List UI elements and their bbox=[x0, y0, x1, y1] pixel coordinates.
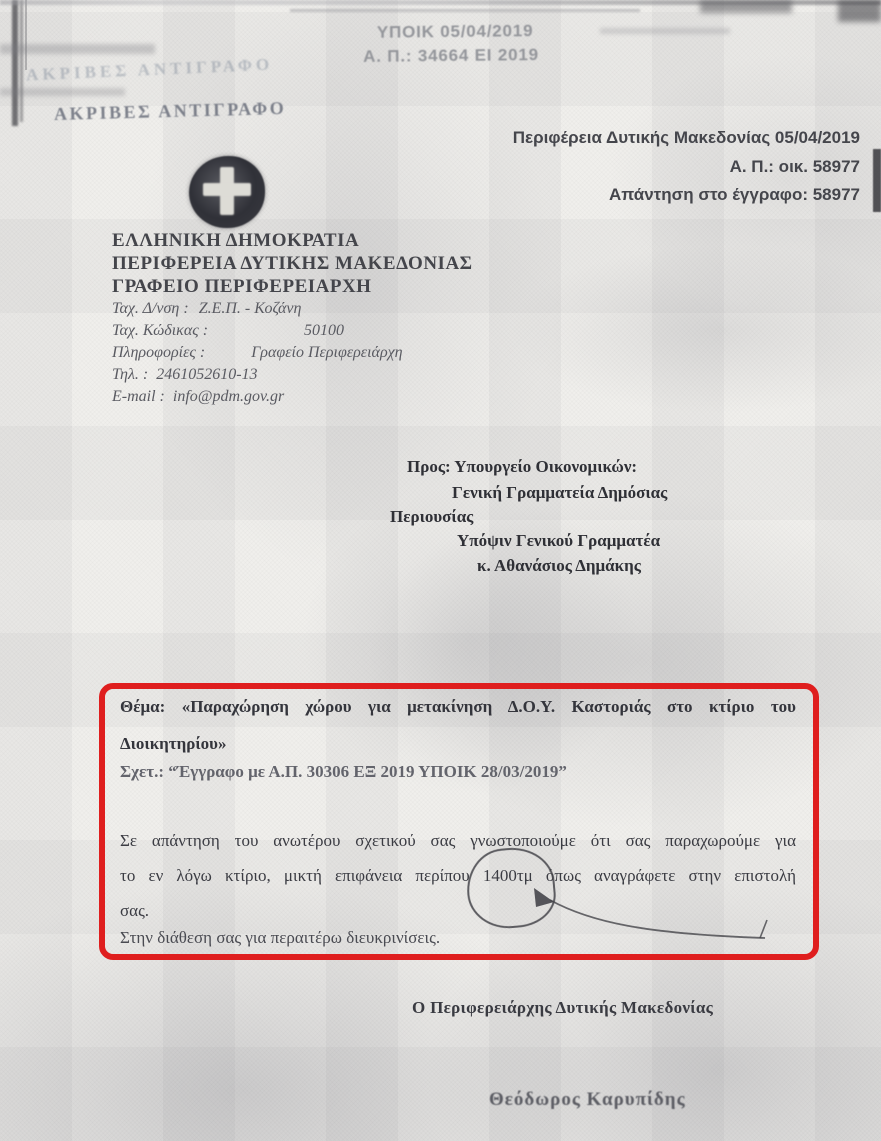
contact-row-email: E-mail :info@pdm.gov.gr bbox=[112, 386, 403, 408]
stamp-date-line: ΥΠΟΙΚ 05/04/2019 bbox=[377, 21, 539, 43]
scan-artifact-left-stripe bbox=[20, 0, 23, 122]
subject-line: Θέμα: «Παραχώρηση χώρου για μετακίνηση Δ… bbox=[120, 697, 796, 717]
scan-artifact-smear bbox=[0, 88, 125, 96]
recipient-line: Υπόψιν Γενικού Γραμματέα bbox=[457, 531, 660, 551]
scan-artifact-left-stripe bbox=[12, 0, 18, 126]
reference-line: Σχετ.: “Έγγραφο με Α.Π. 30306 ΕΞ 2019 ΥΠ… bbox=[120, 762, 796, 782]
recipient-line: κ. Αθανάσιος Δημάκης bbox=[477, 556, 641, 576]
body-line: Σε απάντηση του ανωτέρου σχετικού σας γν… bbox=[120, 831, 796, 851]
recipient-line: Γενική Γραμματεία Δημόσιας bbox=[452, 483, 667, 503]
body-text: το εν λόγω κτίριο, μικτή επιφάνεια περίπ… bbox=[120, 866, 483, 885]
protocol-line-region-date: Περιφέρεια Δυτικής Μακεδονίας 05/04/2019 bbox=[513, 124, 860, 153]
certified-copy-stamp-faint: ΑΚΡΙΒΕΣ ΑΝΤΙΓΡΑΦΟ bbox=[26, 55, 274, 86]
contact-value: info@pdm.gov.gr bbox=[173, 388, 284, 405]
contact-label: Ταχ. Κώδικας : bbox=[112, 320, 208, 342]
signature-title: Ο Περιφερειάρχης Δυτικής Μακεδονίας bbox=[412, 998, 713, 1018]
scan-artifact-line bbox=[290, 9, 640, 12]
protocol-header: Περιφέρεια Δυτικής Μακεδονίας 05/04/2019… bbox=[513, 124, 860, 210]
contact-label: Τηλ. : bbox=[112, 364, 148, 386]
protocol-line-number: Α. Π.: οικ. 58977 bbox=[513, 153, 860, 182]
ministry-received-stamp: ΥΠΟΙΚ 05/04/2019 Α. Π.: 34664 ΕΙ 2019 bbox=[363, 21, 539, 67]
pen-arrow-annotation bbox=[520, 880, 780, 950]
scanned-letter-page: ΥΠΟΙΚ 05/04/2019 Α. Π.: 34664 ΕΙ 2019 ΑΚ… bbox=[0, 0, 881, 1141]
contact-value: Γραφείο Περιφερειάρχη bbox=[251, 344, 402, 361]
contact-label: Πληροφορίες : bbox=[112, 342, 205, 364]
subject-line: Διοικητηρίου» bbox=[120, 734, 796, 754]
scan-artifact-blotch bbox=[838, 0, 881, 22]
recipient-line: Περιουσίας bbox=[390, 507, 473, 527]
contact-row-address: Ταχ. Δ/νση :Ζ.Ε.Π. - Κοζάνη bbox=[112, 298, 403, 320]
hellenic-republic-emblem-icon bbox=[189, 156, 265, 228]
contact-value: 50100 bbox=[304, 322, 344, 339]
contact-details: Ταχ. Δ/νση :Ζ.Ε.Π. - Κοζάνη Ταχ. Κώδικας… bbox=[112, 298, 403, 408]
scan-artifact-blotch bbox=[700, 0, 792, 13]
contact-row-phone: Τηλ. :2461052610-13 bbox=[112, 364, 403, 386]
office-name: ΓΡΑΦΕΙΟ ΠΕΡΙΦΕΡΕΙΑΡΧΗ bbox=[112, 276, 371, 298]
certified-copy-stamp: ΑΚΡΙΒΕΣ ΑΝΤΙΓΡΑΦΟ bbox=[54, 98, 287, 125]
contact-value: 2461052610-13 bbox=[156, 366, 257, 383]
authority-name: ΕΛΛΗΝΙΚΗ ΔΗΜΟΚΡΑΤΙΑ bbox=[112, 230, 359, 252]
region-name: ΠΕΡΙΦΕΡΕΙΑ ΔΥΤΙΚΗΣ ΜΑΚΕΔΟΝΙΑΣ bbox=[112, 253, 473, 275]
signatory-name: Θεόδωρος Καρυπίδης bbox=[489, 1089, 686, 1111]
scan-artifact-right-mark bbox=[873, 149, 881, 212]
scan-artifact-line bbox=[600, 28, 730, 34]
scan-artifact-smear bbox=[0, 44, 155, 54]
stamp-protocol-line: Α. Π.: 34664 ΕΙ 2019 bbox=[363, 45, 539, 67]
scan-artifact-left-stripe bbox=[25, 0, 27, 70]
contact-label: E-mail : bbox=[112, 386, 165, 408]
protocol-line-reply-ref: Απάντηση στο έγγραφο: 58977 bbox=[513, 181, 860, 210]
emblem-cross-horizontal bbox=[203, 183, 251, 196]
contact-row-info: Πληροφορίες :Γραφείο Περιφερειάρχη bbox=[112, 342, 403, 364]
recipient-line: Προς: Υπουργείο Οικονομικών: bbox=[407, 457, 637, 477]
contact-value: Ζ.Ε.Π. - Κοζάνη bbox=[199, 300, 302, 317]
contact-row-postcode: Ταχ. Κώδικας :50100 bbox=[112, 320, 403, 342]
contact-label: Ταχ. Δ/νση : bbox=[112, 298, 189, 320]
